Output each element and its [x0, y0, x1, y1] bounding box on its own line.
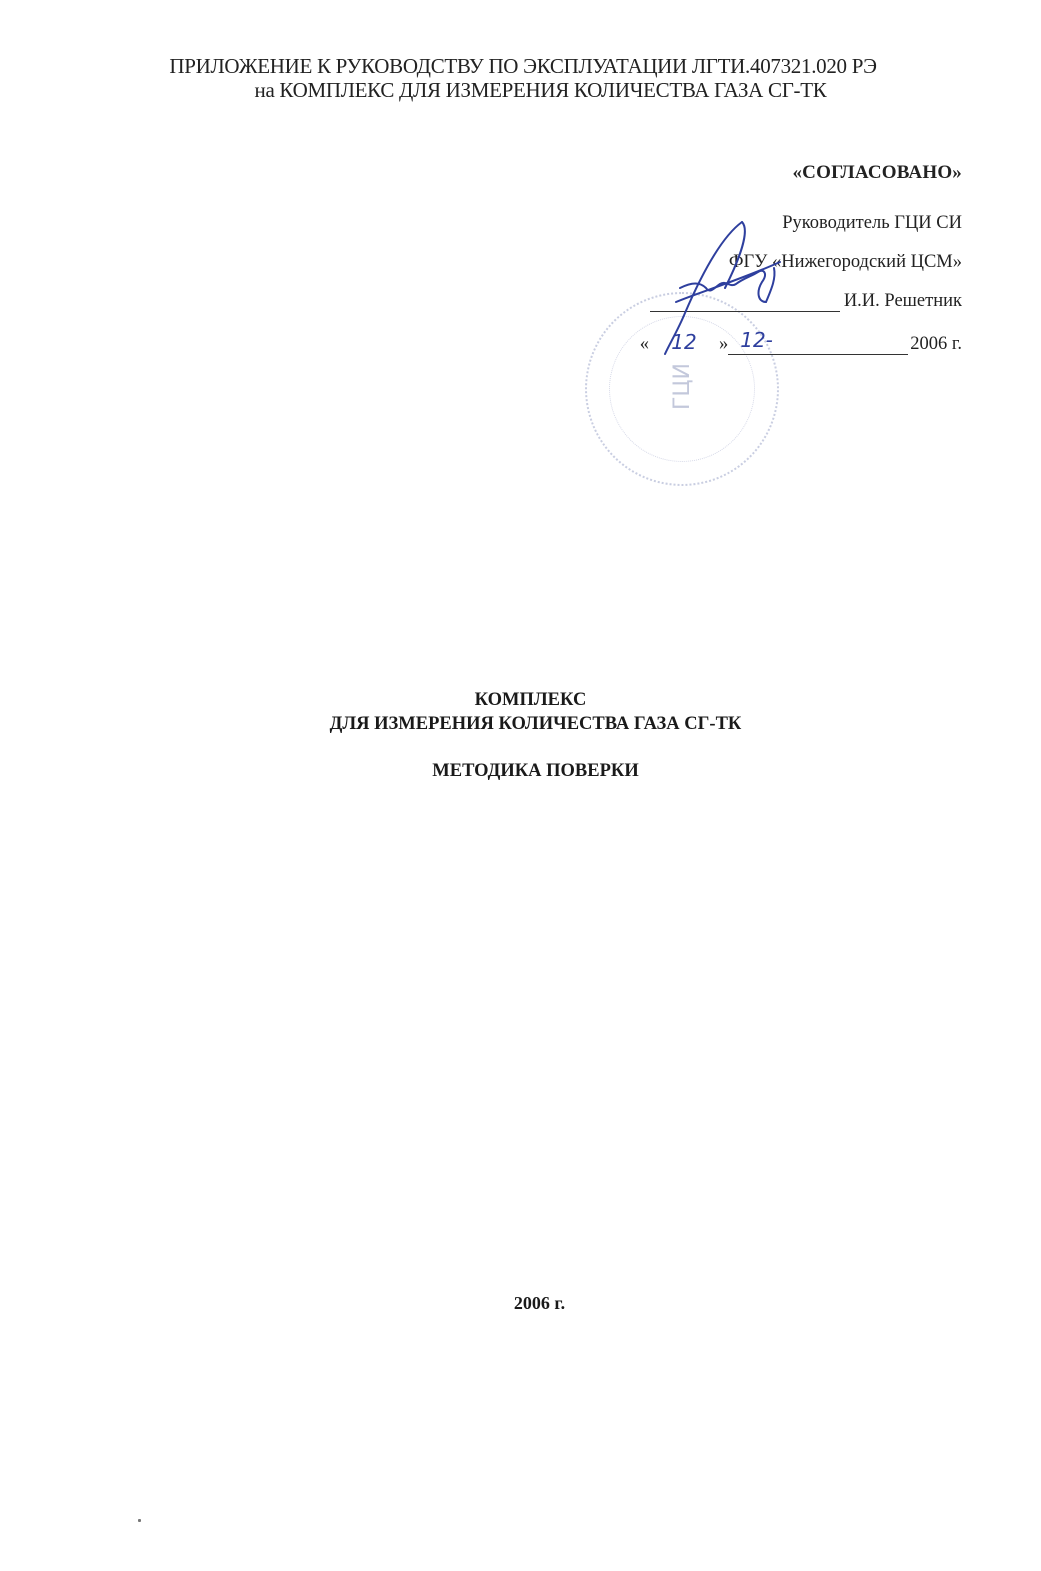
date-year: 2006 г. [910, 334, 962, 354]
handwritten-signature-icon [640, 218, 790, 358]
document-header: ПРИЛОЖЕНИЕ К РУКОВОДСТВУ ПО ЭКСПЛУАТАЦИИ… [0, 54, 1041, 102]
approval-block: «СОГЛАСОВАНО» Руководитель ГЦИ СИ ФГУ «Н… [542, 158, 962, 188]
approval-title: «СОГЛАСОВАНО» [542, 158, 962, 188]
approver-name: И.И. Решетник [844, 291, 962, 311]
approver-position: Руководитель ГЦИ СИ [782, 213, 962, 234]
header-line-2: на КОМПЛЕКС ДЛЯ ИЗМЕРЕНИЯ КОЛИЧЕСТВА ГАЗ… [0, 78, 1041, 102]
document-title-block: КОМПЛЕКС ДЛЯ ИЗМЕРЕНИЯ КОЛИЧЕСТВА ГАЗА С… [0, 688, 1041, 783]
header-line-1: ПРИЛОЖЕНИЕ К РУКОВОДСТВУ ПО ЭКСПЛУАТАЦИИ… [0, 54, 1041, 78]
document-year: 2006 г. [0, 1293, 1041, 1314]
scan-speck [138, 1519, 141, 1522]
document-title-line-2: ДЛЯ ИЗМЕРЕНИЯ КОЛИЧЕСТВА ГАЗА СГ-ТК [0, 712, 1041, 736]
document-subtitle: МЕТОДИКА ПОВЕРКИ [0, 759, 1041, 783]
document-title-line-1: КОМПЛЕКС [0, 688, 1041, 712]
stamp-mark: ГЦИ [670, 363, 695, 410]
